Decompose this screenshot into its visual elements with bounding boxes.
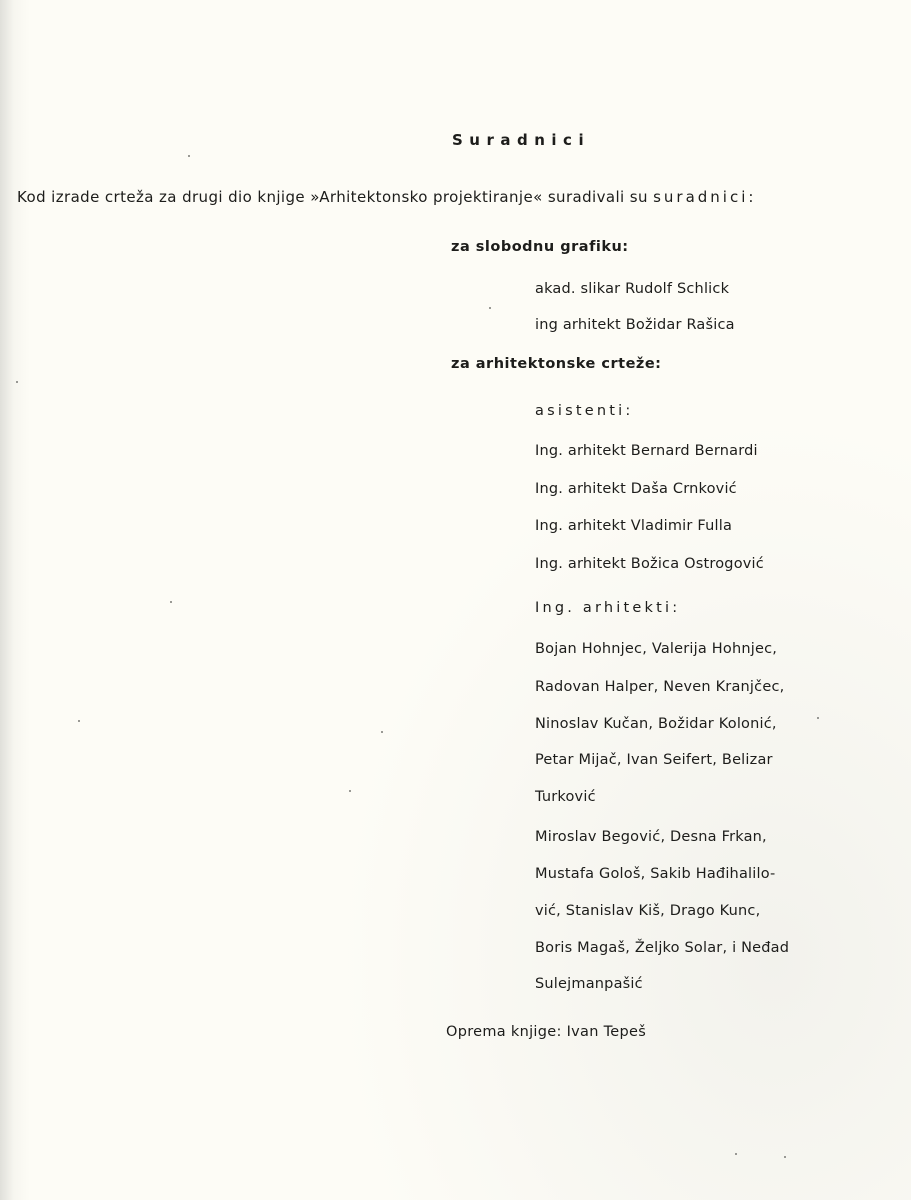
paper-speck bbox=[170, 601, 172, 603]
page-title: Suradnici bbox=[452, 131, 590, 149]
contributor-line: Mustafa Gološ, Sakib Hađihalilo- bbox=[535, 866, 776, 882]
intro-text: Kod izrade crteža za drugi dio knjige »A… bbox=[17, 188, 648, 206]
section-heading-architectural-drawings: za arhitektonske crteže: bbox=[451, 356, 661, 372]
paper-speck bbox=[381, 731, 383, 733]
contributor-line: akad. slikar Rudolf Schlick bbox=[535, 281, 729, 297]
book-design-credit: Oprema knjige: Ivan Tepeš bbox=[446, 1024, 646, 1040]
intro-paragraph: Kod izrade crteža za drugi dio knjige »A… bbox=[17, 188, 756, 206]
paper-speck bbox=[489, 307, 491, 309]
scanned-page: Suradnici Kod izrade crteža za drugi dio… bbox=[0, 0, 911, 1200]
contributor-line: Radovan Halper, Neven Kranjčec, bbox=[535, 679, 784, 695]
intro-emphasis: suradnici: bbox=[653, 188, 756, 206]
contributor-line: Turković bbox=[535, 789, 596, 805]
paper-speck bbox=[735, 1153, 737, 1155]
contributor-line: ing arhitekt Božidar Rašica bbox=[535, 317, 735, 333]
contributor-line: Ing. arhitekt Vladimir Fulla bbox=[535, 518, 732, 534]
paper-speck bbox=[817, 717, 819, 719]
contributor-line: Boris Magaš, Željko Solar, i Neđad bbox=[535, 940, 789, 956]
paper-speck bbox=[78, 720, 80, 722]
contributor-line: Ing. arhitekt Bernard Bernardi bbox=[535, 443, 758, 459]
contributor-line: Petar Mijač, Ivan Seifert, Belizar bbox=[535, 752, 773, 768]
paper-speck bbox=[349, 790, 351, 792]
paper-speck bbox=[16, 381, 18, 383]
subsection-label-assistants: asistenti: bbox=[535, 403, 633, 419]
subsection-label-architects: Ing. arhitekti: bbox=[535, 600, 680, 616]
section-heading-graphics: za slobodnu grafiku: bbox=[451, 239, 629, 255]
contributor-line: Miroslav Begović, Desna Frkan, bbox=[535, 829, 767, 845]
paper-speck bbox=[784, 1156, 786, 1158]
paper-speck bbox=[188, 155, 190, 157]
contributor-line: Ninoslav Kučan, Božidar Kolonić, bbox=[535, 716, 777, 732]
contributor-line: Sulejmanpašić bbox=[535, 976, 643, 992]
contributor-line: Ing. arhitekt Daša Crnković bbox=[535, 481, 737, 497]
contributor-line: Ing. arhitekt Božica Ostrogović bbox=[535, 556, 764, 572]
contributor-line: vić, Stanislav Kiš, Drago Kunc, bbox=[535, 903, 760, 919]
contributor-line: Bojan Hohnjec, Valerija Hohnjec, bbox=[535, 641, 777, 657]
